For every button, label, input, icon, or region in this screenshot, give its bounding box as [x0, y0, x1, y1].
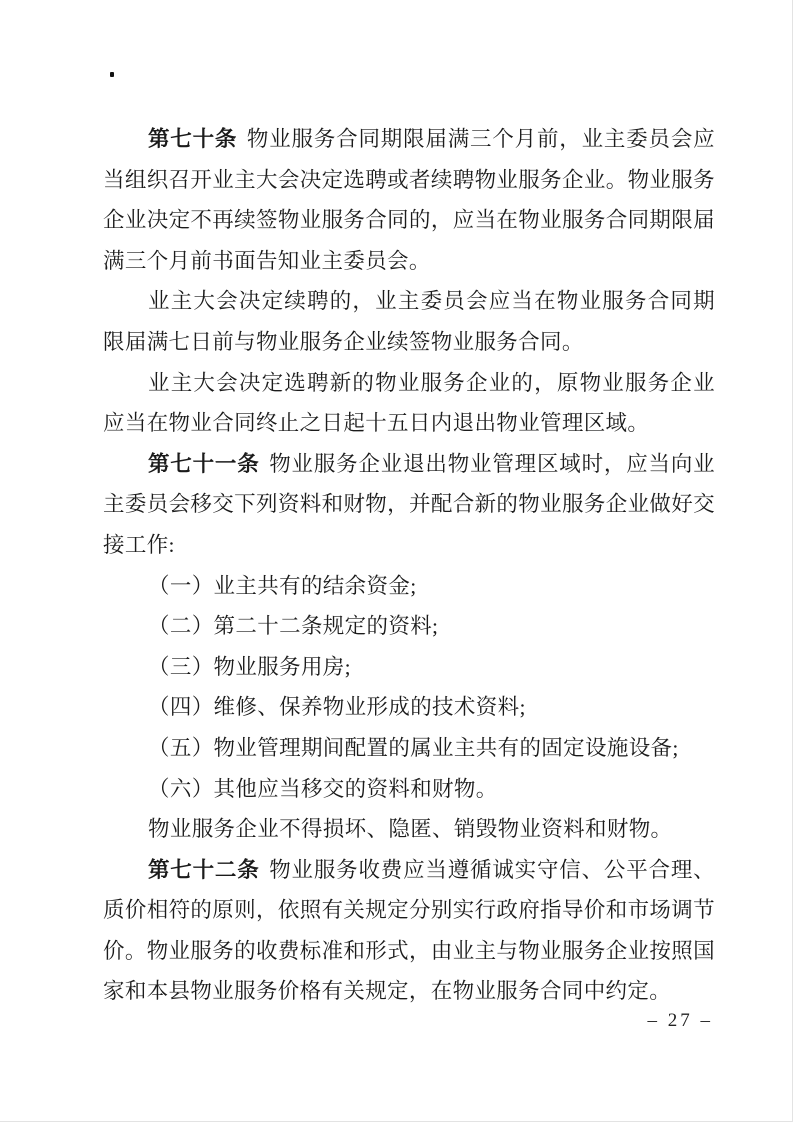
stray-dot — [110, 72, 114, 77]
document-body: 第七十条物业服务合同期限届满三个月前，业主委员会应当组织召开业主大会决定选聘或者… — [103, 119, 715, 1012]
paragraph: （五）物业管理期间配置的属业主共有的固定设施设备; — [103, 728, 715, 769]
article-number: 第七十一条 — [148, 452, 260, 476]
article-number: 第七十条 — [148, 127, 237, 151]
paragraph: （六）其他应当移交的资料和财物。 — [103, 769, 715, 810]
article-paragraph: 第七十一条物业服务企业退出物业管理区域时，应当向业主委员会移交下列资料和财物，并… — [103, 444, 715, 566]
document-page: 第七十条物业服务合同期限届满三个月前，业主委员会应当组织召开业主大会决定选聘或者… — [0, 0, 793, 1122]
paragraph: 物业服务企业不得损坏、隐匿、销毁物业资料和财物。 — [103, 809, 715, 850]
article-paragraph: 第七十二条物业服务收费应当遵循诚实守信、公平合理、质价相符的原则，依照有关规定分… — [103, 850, 715, 1012]
page-number: – 27 – — [0, 1007, 713, 1035]
article-number: 第七十二条 — [148, 858, 260, 882]
paragraph: 业主大会决定续聘的，业主委员会应当在物业服务合同期限届满七日前与物业服务企业续签… — [103, 281, 715, 362]
paragraph: （二）第二十二条规定的资料; — [103, 606, 715, 647]
paragraph: （四）维修、保养物业形成的技术资料; — [103, 687, 715, 728]
paragraph: （三）物业服务用房; — [103, 647, 715, 688]
paragraph: 业主大会决定选聘新的物业服务企业的，原物业服务企业应当在物业合同终止之日起十五日… — [103, 363, 715, 444]
paragraph: （一）业主共有的结余资金; — [103, 566, 715, 607]
article-paragraph: 第七十条物业服务合同期限届满三个月前，业主委员会应当组织召开业主大会决定选聘或者… — [103, 119, 715, 281]
